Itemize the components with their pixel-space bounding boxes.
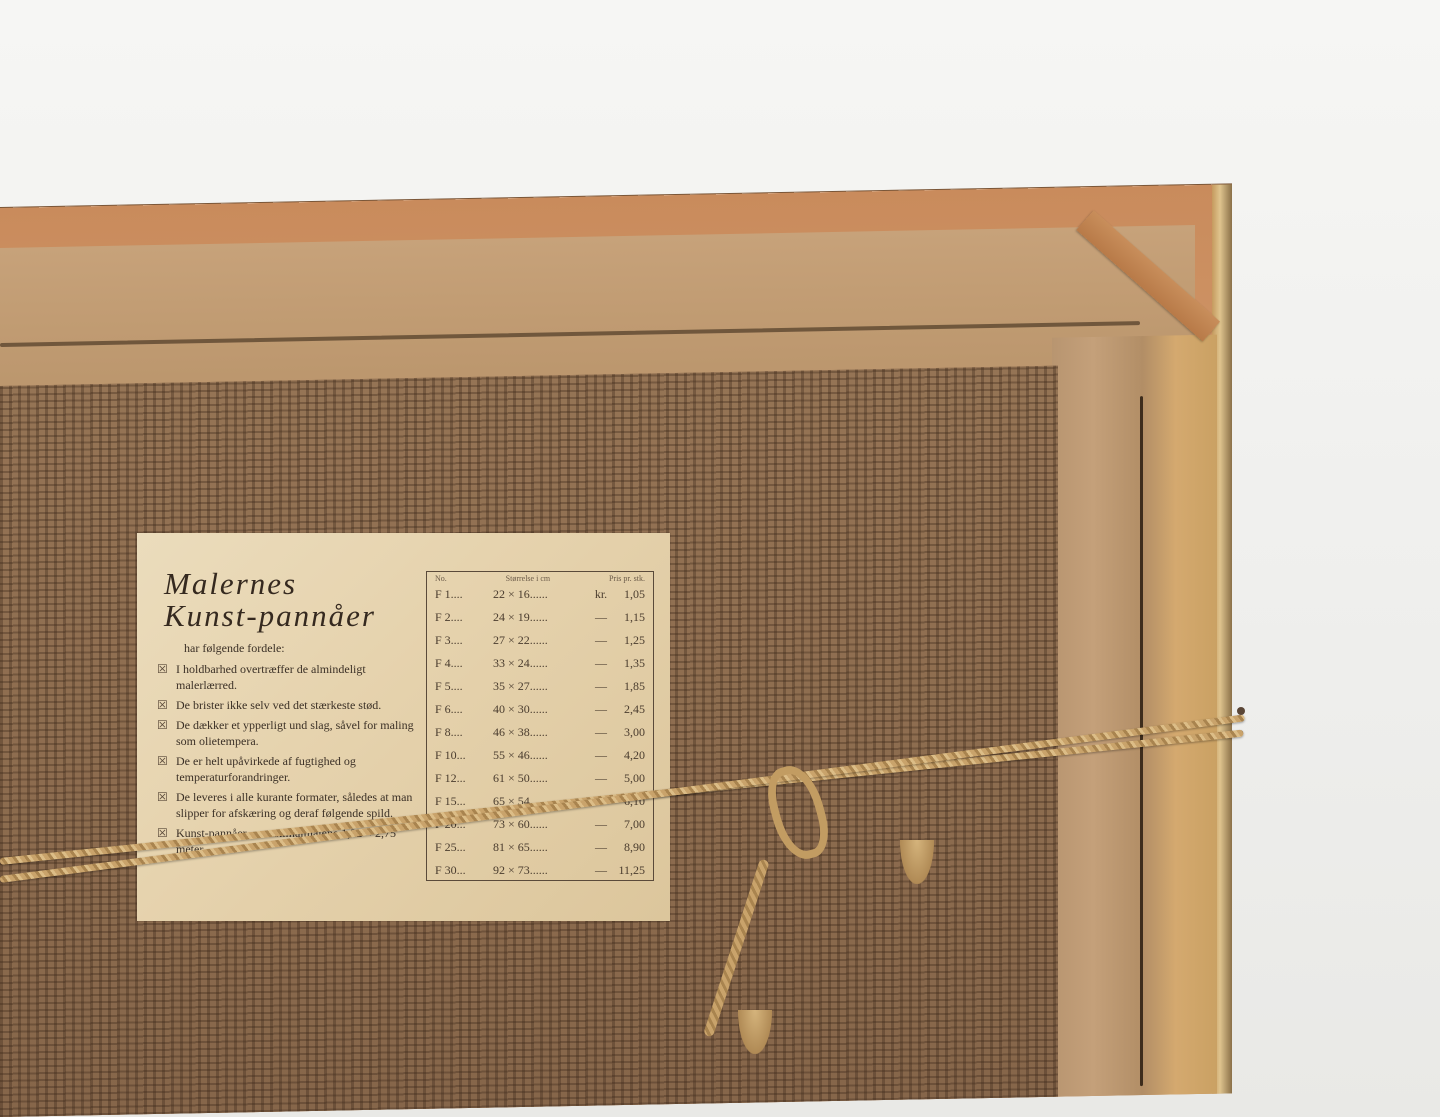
price-row: F 12...61 × 50......—5,00	[427, 767, 653, 790]
price-row: F 4....33 × 24......—1,35	[427, 652, 653, 675]
price-row: F 8....46 × 38......—3,00	[427, 721, 653, 744]
benefit-item: ☒De brister ikke selv ved det stærkeste …	[157, 697, 422, 713]
price-row: F 3....27 × 22......—1,25	[427, 629, 653, 652]
cross-mark-icon: ☒	[157, 717, 168, 733]
price-row: F 6....40 × 30......—2,45	[427, 698, 653, 721]
price-row: F 2....24 × 19......—1,15	[427, 606, 653, 629]
price-row: F 1....22 × 16......kr.1,05	[427, 583, 653, 606]
price-row: F 5....35 × 27......—1,85	[427, 675, 653, 698]
rope-frayed-end	[738, 1010, 772, 1054]
cross-mark-icon: ☒	[157, 661, 168, 677]
label-title-line2: Kunst-pannåer	[164, 600, 376, 632]
benefit-item: ☒De er helt upåvirkede af fugtighed og t…	[157, 753, 422, 785]
price-row: F 30...92 × 73......—11,25	[427, 859, 653, 882]
stretcher-bar-right	[1052, 335, 1217, 1097]
benefit-item: ☒De dækker et ypperligt und slag, såvel …	[157, 717, 422, 749]
cross-mark-icon: ☒	[157, 825, 168, 841]
benefit-item: ☒I holdbarhed overtræffer de almindeligt…	[157, 661, 422, 693]
nail-icon	[1237, 707, 1245, 715]
label-title: Malernes Kunst-pannåer	[164, 568, 376, 632]
price-table: No. Størrelse i cm Pris pr. stk. F 1....…	[426, 571, 654, 881]
price-row: F 25...81 × 65......—8,90	[427, 836, 653, 859]
tape-crack	[0, 321, 1140, 347]
cross-mark-icon: ☒	[157, 789, 168, 805]
paper-label: Malernes Kunst-pannåer har følgende ford…	[137, 533, 670, 921]
label-title-line1: Malernes	[164, 568, 376, 600]
benefit-item: ☒De leveres i alle kurante formater, sål…	[157, 789, 422, 821]
label-subtitle: har følgende fordele:	[184, 641, 285, 656]
price-row: F 10...55 × 46......—4,20	[427, 744, 653, 767]
cross-mark-icon: ☒	[157, 697, 168, 713]
rope-frayed-end	[900, 840, 934, 884]
price-table-header: No. Størrelse i cm Pris pr. stk.	[427, 572, 653, 583]
cross-mark-icon: ☒	[157, 753, 168, 769]
